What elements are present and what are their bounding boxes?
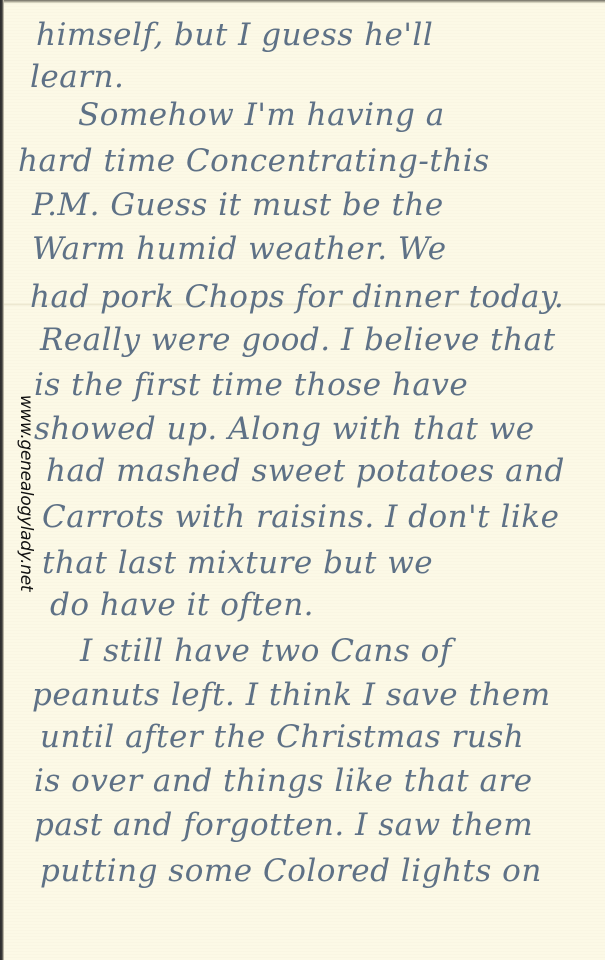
letter-line: Somehow I'm having a	[78, 100, 445, 131]
letter-line: himself, but I guess he'll	[36, 20, 433, 51]
letter-line: Warm humid weather. We	[32, 234, 447, 265]
letter-line: peanuts left. I think I save them	[32, 680, 551, 711]
letter-line: that last mixture but we	[42, 548, 433, 579]
handwritten-text: himself, but I guess he'll learn. Someho…	[0, 0, 605, 960]
letter-line: until after the Christmas rush	[40, 722, 524, 753]
letter-line: do have it often.	[50, 590, 314, 621]
letter-line: past and forgotten. I saw them	[34, 810, 533, 841]
letter-line: is the first time those have	[34, 370, 468, 401]
letter-line: putting some Colored lights on	[40, 856, 542, 887]
letter-line: is over and things like that are	[34, 766, 533, 797]
letter-line: had pork Chops for dinner today.	[30, 282, 564, 313]
letter-line: had mashed sweet potatoes and	[46, 456, 565, 487]
letter-line: learn.	[30, 62, 124, 93]
letter-line: Really were good. I believe that	[40, 325, 556, 356]
letter-page: www.genealogylady.net himself, but I gue…	[0, 0, 605, 960]
letter-line: I still have two Cans of	[80, 636, 452, 667]
letter-line: P.M. Guess it must be the	[32, 190, 444, 221]
letter-line: showed up. Along with that we	[34, 414, 535, 445]
letter-line: Carrots with raisins. I don't like	[42, 502, 559, 533]
letter-line: hard time Concentrating-this	[18, 146, 490, 177]
